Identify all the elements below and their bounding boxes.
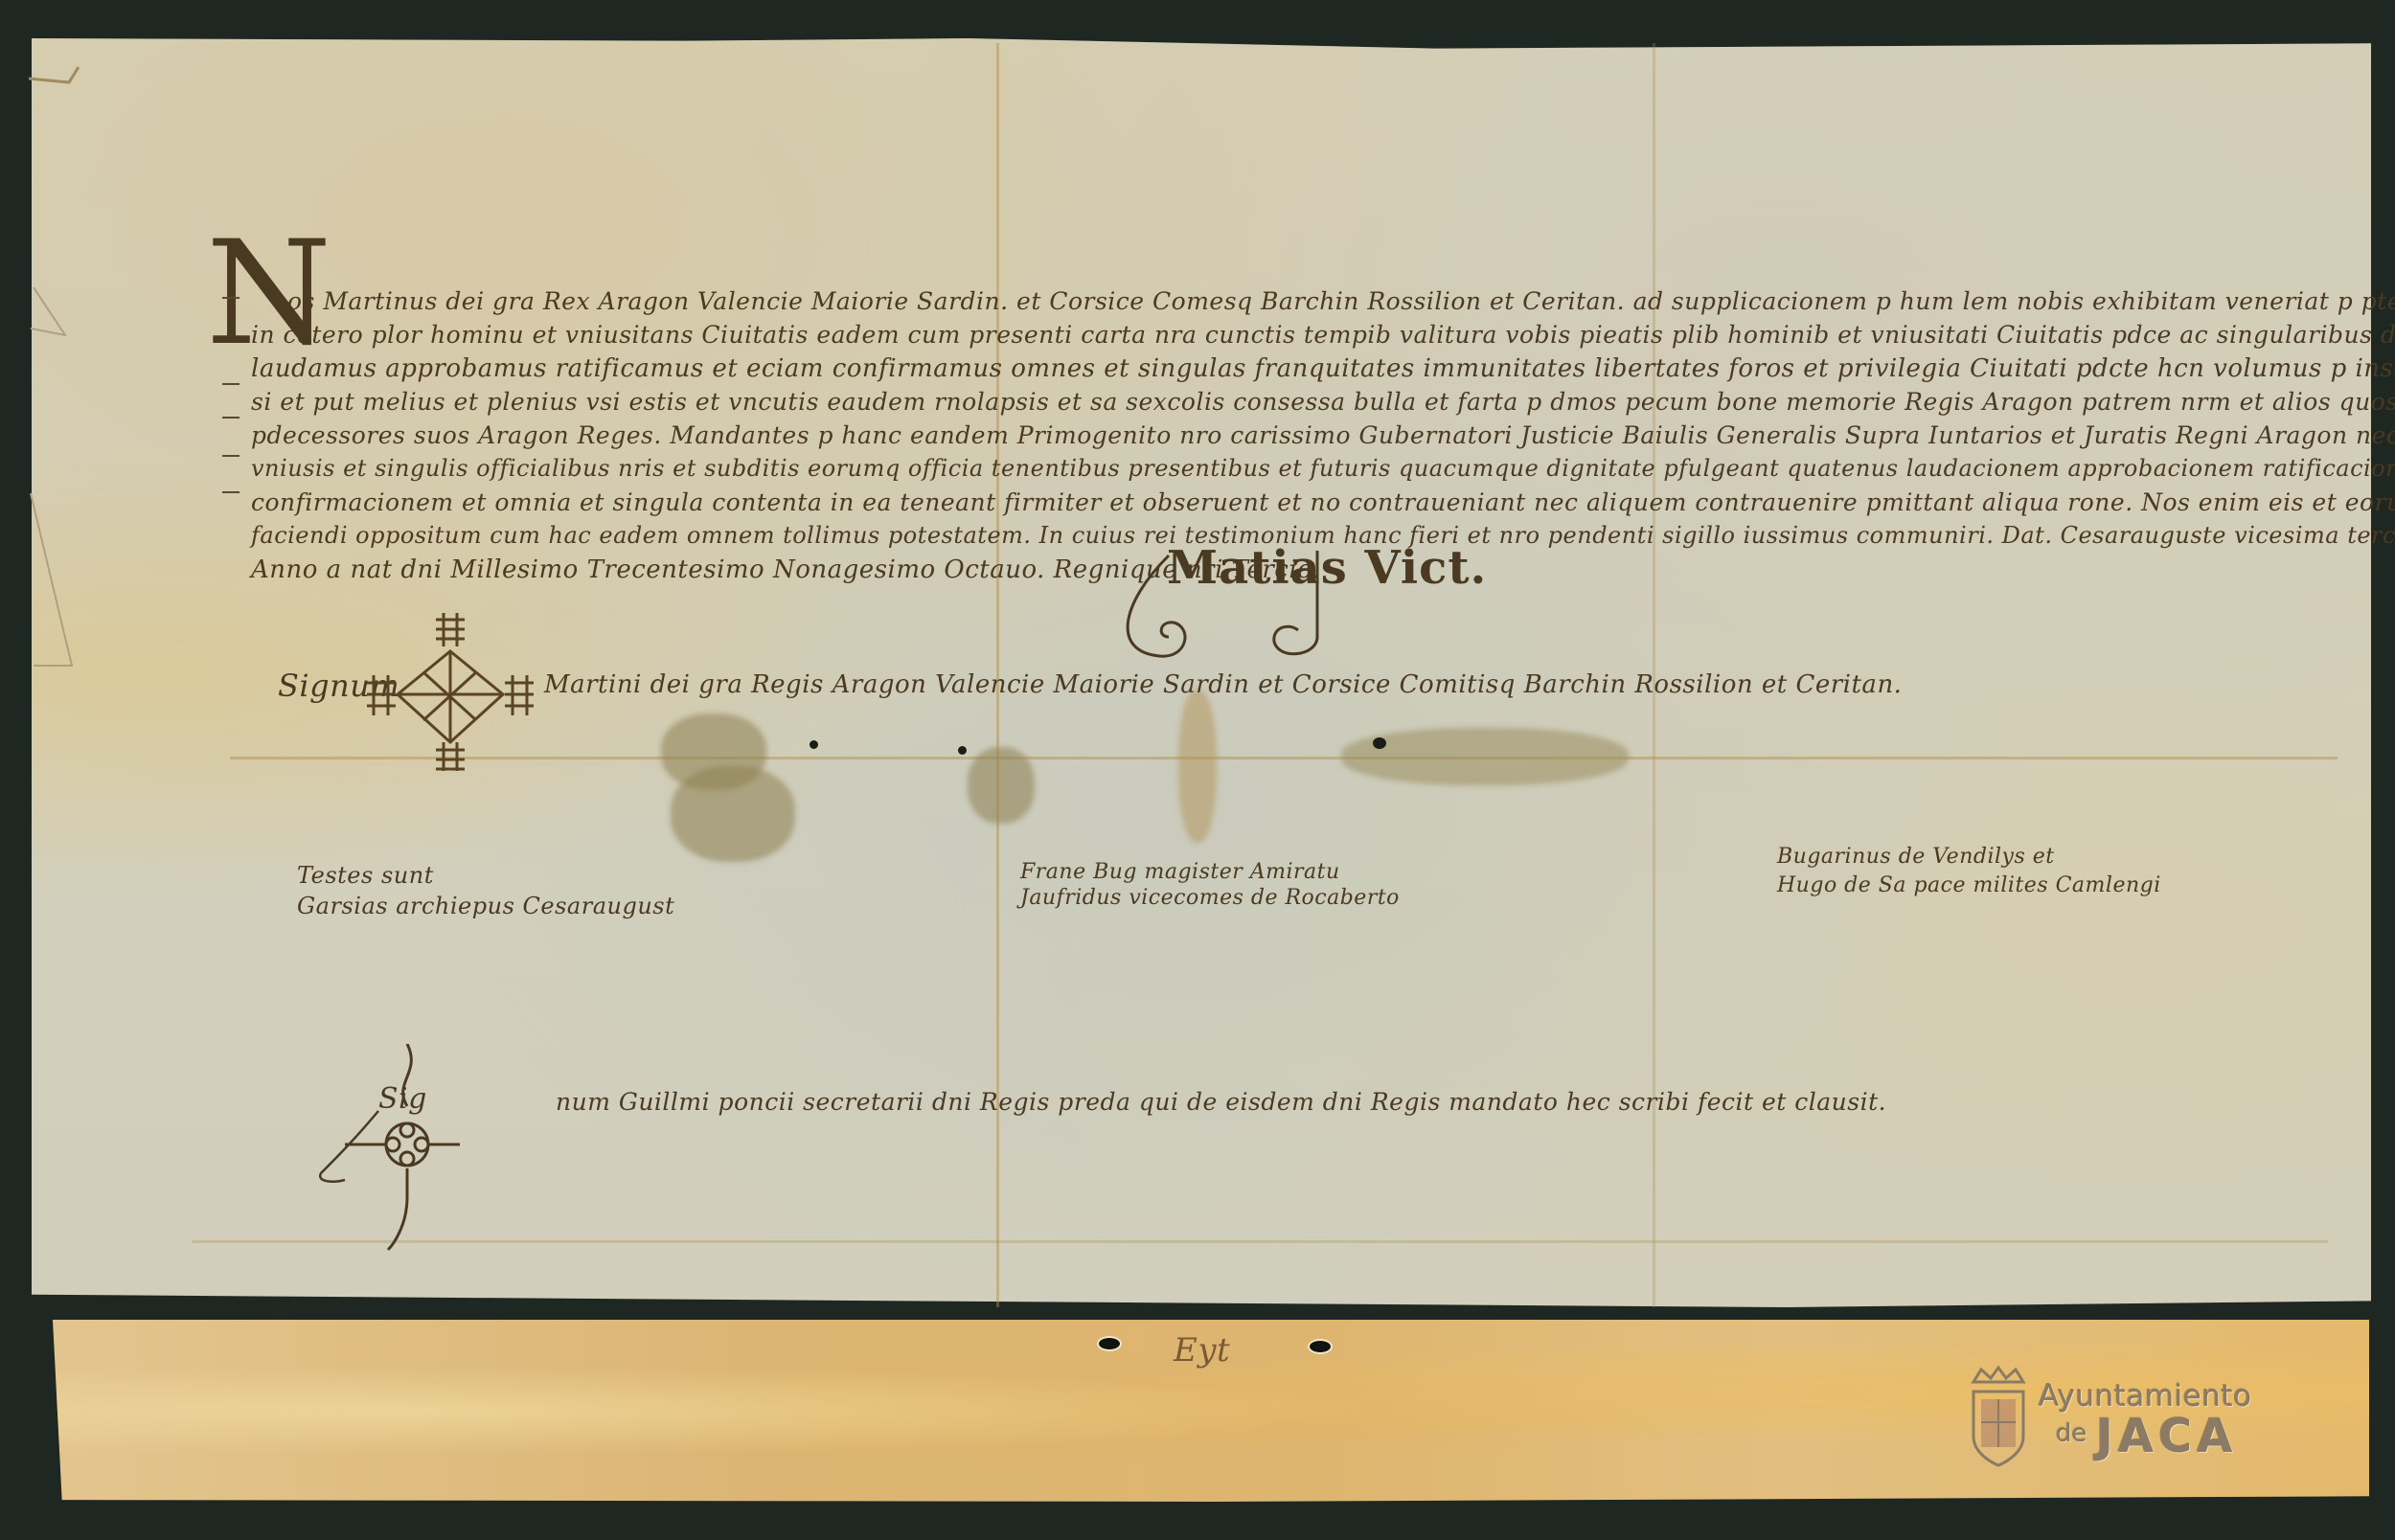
water-stain (1341, 728, 1629, 785)
notary-text: num Guillmi poncii secretarii dni Regis … (556, 1088, 1886, 1116)
charter-line-7: confirmacionem et omnia et singula conte… (251, 488, 2395, 516)
witness-col1-line1: Testes sunt (297, 862, 434, 889)
ruling-mark (222, 297, 239, 299)
royal-signum-cross-icon (359, 608, 541, 771)
ruling-mark (222, 383, 239, 385)
seal-cord-hole (1097, 1336, 1122, 1351)
watermark-de: de (2056, 1419, 2087, 1448)
ruling-mark (222, 455, 239, 457)
charter-line-2: in cetero plor hominu et vniusitans Ciui… (251, 321, 2395, 349)
coat-of-arms-icon (1962, 1365, 2034, 1475)
water-stain (968, 747, 1035, 824)
witness-col2-line2: Jaufridus vicecomes de Rocaberto (1020, 886, 1400, 910)
witness-col2-line1: Frane Bug magister Amiratu (1020, 860, 1340, 884)
witness-col1-line2: Garsias archiepus Cesaraugust (297, 893, 674, 919)
ink-hole (810, 740, 818, 749)
ruling-mark (222, 491, 239, 493)
ruling-mark (222, 417, 239, 419)
charter-line-6: vniusis et singulis officialibus nris et… (251, 455, 2395, 482)
witness-col3-line2: Hugo de Sa pace milites Camlengi (1777, 873, 2161, 897)
ink-hole (1373, 737, 1386, 749)
archive-watermark: Ayuntamiento de JACA (1962, 1360, 2326, 1484)
charter-line-5: pdecessores suos Aragon Reges. Mandantes… (251, 421, 2395, 449)
watermark-jaca: JACA (2096, 1410, 2237, 1463)
water-stain (671, 766, 795, 862)
fold-line (230, 757, 2338, 759)
seal-cord-hole (1308, 1339, 1333, 1354)
edge-fold-mark (29, 57, 86, 96)
signum-text: Martini dei gra Regis Aragon Valencie Ma… (544, 670, 1902, 699)
notary-flourish (316, 1101, 393, 1188)
ink-hole (958, 746, 967, 755)
water-stain (1178, 690, 1217, 843)
charter-line-3: laudamus approbamus ratificamus et eciam… (251, 354, 2395, 383)
edge-fold-mark (29, 287, 77, 690)
signature-flourish (1121, 546, 1370, 670)
charter-line-4: si et put melius et plenius vsi estis et… (251, 388, 2395, 416)
plica-registry-mark: Eyt (1174, 1331, 1230, 1370)
charter-line-1: os Martinus dei gra Rex Aragon Valencie … (287, 287, 2395, 315)
watermark-line1: Ayuntamiento (2039, 1379, 2252, 1414)
witness-col3-line1: Bugarinus de Vendilys et (1777, 845, 2055, 869)
